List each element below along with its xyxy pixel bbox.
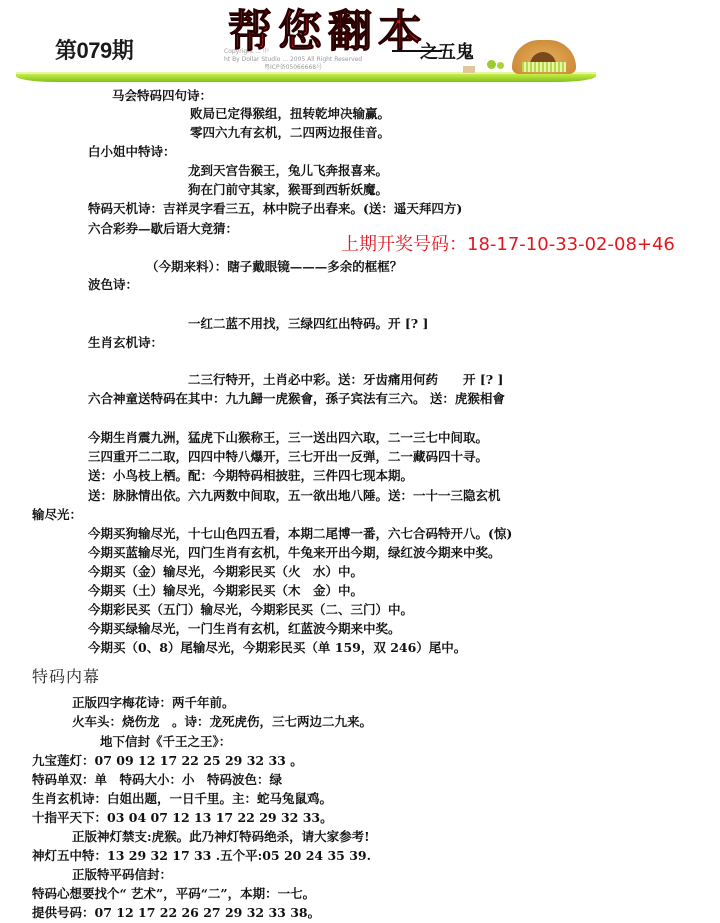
text-line: 今期买（土）输尽光，今期彩民买（木 金）中。 bbox=[88, 582, 363, 600]
text-line: 神灯五中特：13 29 32 17 33 .五个平:05 20 24 35 39… bbox=[32, 847, 371, 865]
grass-strip bbox=[16, 74, 596, 82]
text-line: 特码天机诗：吉祥灵字看三五，林中院子出春来。(送：遥天拜四方) bbox=[88, 200, 462, 218]
text-line: 败局已定得猴组，扭转乾坤决输赢。 bbox=[190, 105, 390, 123]
issue-number: 第079期 bbox=[55, 34, 133, 65]
text-line: 火车头：烧伤龙 。诗：龙死虎伤，三七两边二九来。 bbox=[72, 713, 372, 731]
tree-icon bbox=[487, 60, 496, 69]
text-line: 生肖玄机诗：白姐出题，一日千里。主：蛇马兔鼠鸡。 bbox=[32, 790, 332, 808]
text-line: 六合彩券—歇后语大竞猜： bbox=[88, 220, 238, 238]
text-line: 送：脉脉情出依。六九两数中间取，五一欲出地八陲。送：一十一三隐玄机 bbox=[88, 487, 501, 505]
text-line: 生肖玄机诗： bbox=[88, 334, 163, 352]
text-line: 输尽光： bbox=[32, 506, 82, 524]
text-line: 六合神童送特码在其中：九九歸一虎猴會，孫子宾法有三六。 送：虎猴相會 bbox=[88, 390, 505, 408]
fence-illustration bbox=[522, 62, 566, 72]
text-line: 三四重开二二取，四四中特八爆开，三七开出一反弹，二一藏码四十寻。 bbox=[88, 448, 488, 466]
text-line: 二三行特开，土肖必中彩。送：牙齿痛用何药 开 [? ] bbox=[188, 371, 503, 389]
text-line: 送：小鸟枝上栖。配：今期特码相披驻，三件四七现本期。 bbox=[88, 467, 413, 485]
text-line: 今期买狗输尽光，十七山色四五看，本期二尾博一番，六七合码特开八。(惊) bbox=[88, 525, 512, 543]
text-line: 今期买绿输尽光，一门生肖有玄机，红蓝波今期来中奖。 bbox=[88, 620, 401, 638]
header-banner: 第079期 Copyright ... 中 ht By Dollar Studi… bbox=[0, 0, 720, 86]
text-line: 白小姐中特诗： bbox=[88, 143, 176, 161]
text-line: 一红二蓝不用找，三绿四红出特码。开 [? ] bbox=[188, 315, 428, 333]
text-line: 正版神灯禁支:虎猴。此乃神灯特码绝杀，请大家参考! bbox=[72, 828, 370, 846]
section-title: 特码内幕 bbox=[32, 664, 100, 687]
text-line: 特码心想要找个“ 艺术”，平码“二”，本期：一七。 bbox=[32, 885, 315, 903]
tree-icon bbox=[497, 62, 504, 69]
text-line: 正版四字梅花诗：两千年前。 bbox=[72, 694, 235, 712]
text-line: （今期来料）：瞎子戴眼镜———多余的框框？ bbox=[146, 258, 402, 276]
text-line: 龙到天宫告猴王，兔儿飞奔报喜来。 bbox=[188, 162, 388, 180]
last-draw-label: 上期开奖号码： bbox=[341, 234, 467, 255]
text-line: 马会特码四句诗： bbox=[112, 87, 212, 105]
text-line: 今期生肖震九洲，猛虎下山猴称王，三一送出四六取，二一三七中间取。 bbox=[88, 429, 488, 447]
text-line: 波色诗： bbox=[88, 276, 138, 294]
text-line: 今期买（金）输尽光，今期彩民买（火 水）中。 bbox=[88, 563, 363, 581]
text-line: 今期买蓝输尽光，四门生肖有玄机，牛兔来开出今期，绿红波今期来中奖。 bbox=[88, 544, 501, 562]
watermark-line: 粤ICP备05066668号 bbox=[224, 64, 404, 72]
text-line: 狗在门前守其家，猴哥到西斩妖魔。 bbox=[188, 181, 388, 199]
text-line: 零四六九有玄机，二四两边报佳音。 bbox=[190, 124, 390, 142]
last-draw-banner: 上期开奖号码：18-17-10-33-02-08+46 bbox=[341, 230, 675, 256]
text-line: 十指平天下：03 04 07 12 13 17 22 29 32 33。 bbox=[32, 809, 333, 827]
text-line: 地下信封《千王之王》： bbox=[100, 733, 231, 751]
last-draw-numbers: 18-17-10-33-02-08+46 bbox=[467, 234, 675, 255]
text-line: 提供号码：07 12 17 22 26 27 29 32 33 38。 bbox=[32, 904, 320, 922]
text-line: 正版特平码信封： bbox=[72, 866, 172, 884]
text-line: 九宝莲灯：07 09 12 17 22 25 29 32 33 。 bbox=[32, 752, 303, 770]
text-line: 特码单双：单 特码大小：小 特码波色：绿 bbox=[32, 771, 282, 789]
text-line: 今期买（0、8）尾输尽光，今期彩民买（单 159，双 246）尾中。 bbox=[88, 639, 466, 657]
page-subtitle: 之五鬼 bbox=[420, 38, 474, 64]
text-line: 今期彩民买（五门）输尽光，今期彩民买（二、三门）中。 bbox=[88, 601, 413, 619]
hut-illustration bbox=[463, 66, 475, 73]
